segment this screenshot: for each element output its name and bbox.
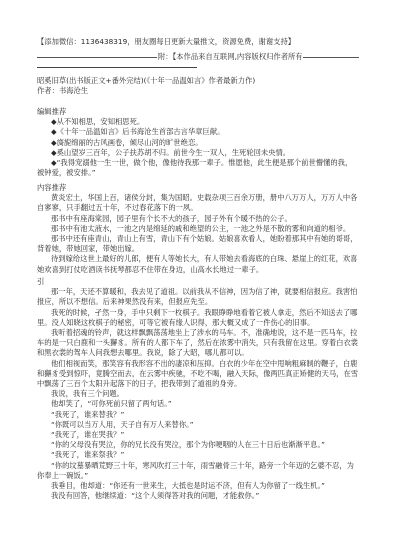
section-heading: 编辑推荐 bbox=[37, 107, 359, 117]
paragraph: 我死的时候，孑然一身，手中只剩下一枚棋子。我眼睁睁地看着它被人拿走，然后不知送去… bbox=[37, 308, 359, 328]
paragraph: 那书中有池太液水，一池之内是绵延的戚和绝望的公主，一池之外是不散的雾和向道的相爷… bbox=[37, 224, 359, 234]
paragraph: 我垂目，他却道：“你还有一世来生，大抵也是时运不济，但有人为你留了一线生机。” bbox=[37, 481, 359, 491]
editor-recommend-section: 编辑推荐 ◆从不知相思，安知相思死。 ◆《十年一品温如言》后书海沧生首部古言华章… bbox=[37, 107, 359, 178]
dialogue-line: “我死了，谁来祭我？” bbox=[37, 450, 359, 460]
promo-notice: 【添加微信：1136438319，朋友圈每日更新大量推文，资源免费，谢谢支持】 bbox=[37, 37, 295, 47]
paragraph: 那书中还有座青山，青山上有雪，青山下有个姑娘。姑娘喜欢看人，她盼着那其中有她的哥… bbox=[37, 234, 359, 254]
paragraph: 待到嫁给这世上最好的儿郎，便有人等她长大，有人带她去看海底的白珠、悬崖上的红花，… bbox=[37, 254, 359, 274]
list-item: ◆旖旎绵丽的古风画卷，倾尽山河的旷世绝恋。 bbox=[37, 138, 359, 148]
dialogue-line: “我死了，谁在哭我？” bbox=[37, 430, 359, 440]
divider-right bbox=[303, 57, 359, 58]
dialogue-line: “你的父母没有哭泣，你的兄长没有哭泣，那个为你哽咽的人在三十日后也渐渐平息。” bbox=[37, 440, 359, 450]
paragraph: 黄炎宏土，华国上百，诸侯分封，集为国昭。史载杂项三百余万册，册中八万万人，万万人… bbox=[37, 193, 359, 213]
list-item: ◆“我得宠溺他一生一世，做个他，像他待我那一辈子。惟愿他，此生便是那个前世懵懂的… bbox=[37, 158, 359, 178]
list-item: ◆奚山望岁三百年，公子扶苏胡不归。前世今生一双人，生死轮回未央情。 bbox=[37, 148, 359, 158]
section-heading: 引 bbox=[37, 277, 359, 287]
attachment-notice-row: 附：【本作品来自互联网,内容版权归作者所有 bbox=[37, 52, 359, 62]
divider-left bbox=[37, 57, 157, 58]
copyright-notice: 附：【本作品来自互联网,内容版权归作者所有 bbox=[158, 52, 303, 62]
divider-under bbox=[37, 67, 197, 68]
content-recommend-section: 内容推荐 黄炎宏土，华国上百，诸侯分封，集为国昭。史载杂项三百余万册，册中八万万… bbox=[37, 183, 359, 275]
list-item: ◆《十年一品温如言》后书海沧生首部古言华章巨献。 bbox=[37, 127, 359, 137]
list-item: ◆从不知相思，安知相思死。 bbox=[37, 117, 359, 127]
paragraph: 我听着招魂的铃声，就这样飘飘荡荡地坐上了涉水的马车。不，准确地说，这不是一匹马车… bbox=[37, 328, 359, 359]
paragraph: 他们相视而笑，那笑容有我形容不出的凄凉和压抑。白衣的少年在空中甩响粗麻制的鞭子，… bbox=[37, 359, 359, 390]
prologue-section: 引 那一年，天还不算暖和，我去见了道祖。以前我从不信神，因为信了神，就要相信报应… bbox=[37, 277, 359, 501]
dialogue-line: “你既可以当万人用，天子自有万人来替你。” bbox=[37, 420, 359, 430]
section-heading: 内容推荐 bbox=[37, 183, 359, 193]
paragraph: 我没有回答，他继续道：“这个人须得答对我的问题，才能救你。” bbox=[37, 491, 359, 501]
dialogue-line: “我死了，谁来替我？” bbox=[37, 410, 359, 420]
book-title: 昭奚旧草(出书版正文+番外完结)(《十年一品温如言》作者最新力作) bbox=[37, 76, 255, 86]
paragraph: 那书中有座海棠园，园子里有个长不大的孩子，园子外有个暖不热的公子。 bbox=[37, 214, 359, 224]
dialogue-line: “你的坟墓暴晒荒野三十年，寒风吹打三十年，雨雪融骨三十年，路旁一个年迈的乞婆不忍… bbox=[37, 461, 359, 481]
book-author: 作者：书海沧生 bbox=[37, 86, 88, 96]
paragraph: 那一年，天还不算暖和，我去见了道祖。以前我从不信神，因为信了神，就要相信报应。我… bbox=[37, 287, 359, 307]
paragraph: 他却笑了，“可你死前只留了两句话。” bbox=[37, 399, 359, 409]
paragraph: 我说，我有三个问题。 bbox=[37, 389, 359, 399]
